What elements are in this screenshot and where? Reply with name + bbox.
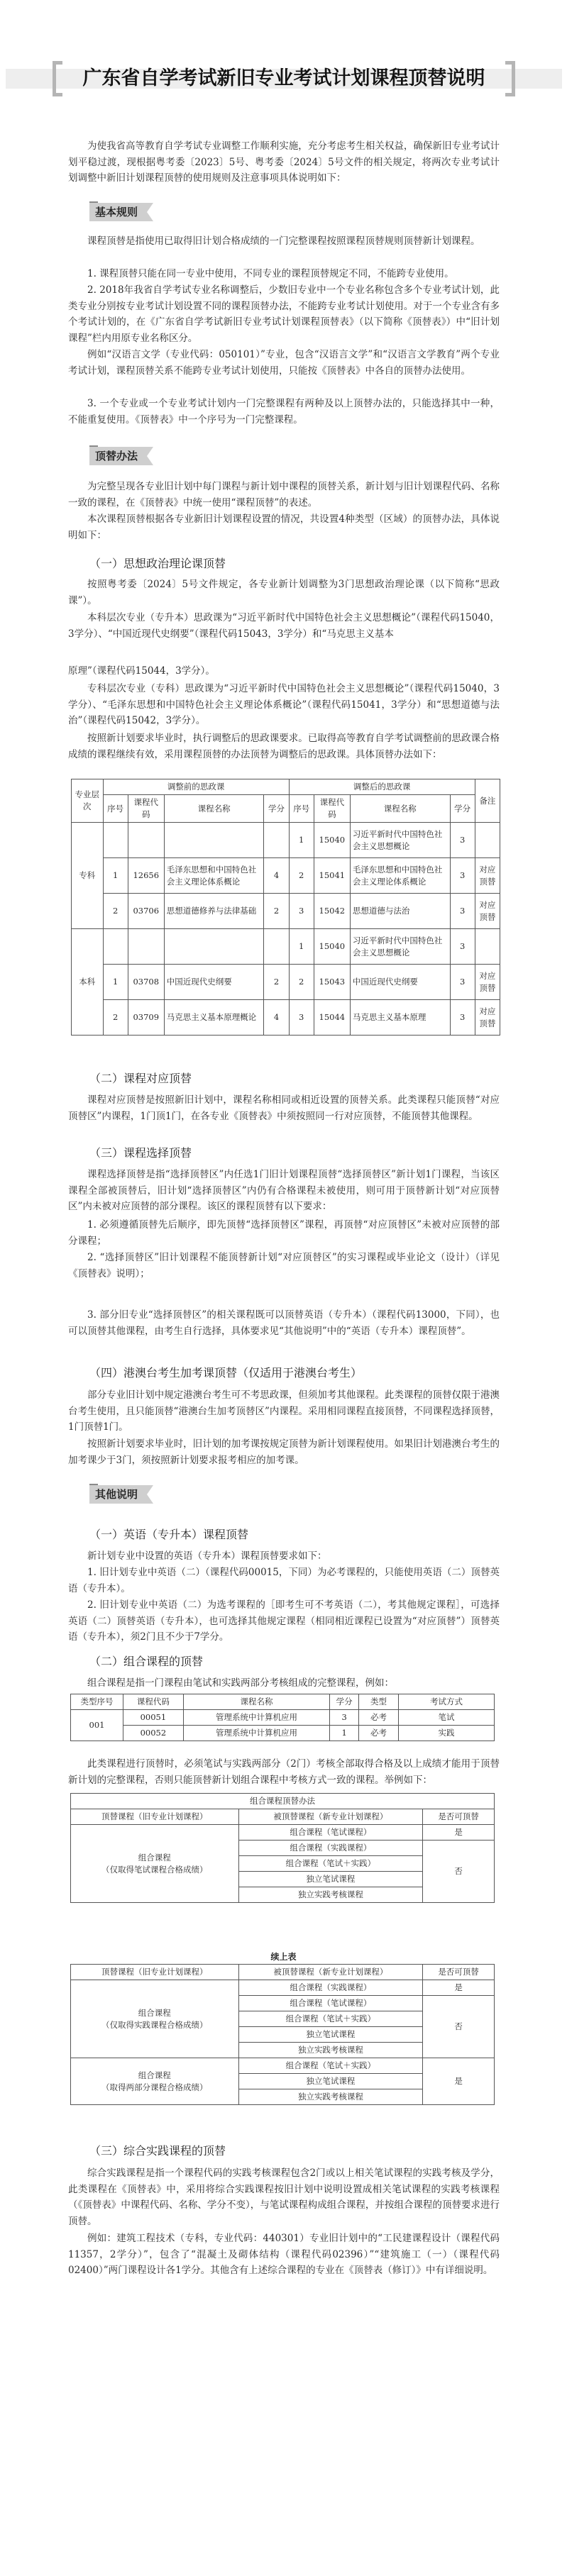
old-course-label: 组合课程 [73,2007,236,2019]
cell [264,823,289,858]
cell: 独立笔试课程 [238,1872,423,1887]
paragraph: 3. 部分旧专业“选择顶替区”的相关课程既可以顶替英语（专升本）（课程代码130… [68,1307,500,1339]
paragraph: 1. 旧计划专业中英语（二）（课程代码00015，下同）为必考课程的，只能使用英… [68,1565,500,1597]
no-cell: 否 [423,1841,495,1903]
header-cell: 是否可顶替 [423,1965,495,1980]
cell: 3 [450,858,475,894]
cell: 必考 [358,1726,398,1741]
old-course-condition: （取得两部分课程合格成绩） [73,2082,236,2094]
cell: 1 [103,965,128,1000]
cell: 2 [103,1000,128,1036]
cell: 001 [71,1710,123,1741]
cell: 毛泽东思想和中国特色社会主义理论体系概论 [350,858,450,894]
header-cell: 类型 [358,1694,398,1710]
old-course-cell: 组合课程 （取得两部分课程合格成绩） [71,2058,239,2105]
header-code: 课程代码 [128,795,164,823]
title-banner: 广东省自学考试新旧专业考试计划课程顶替说明 [53,61,515,96]
paragraph: 此类课程进行顶替时，必须笔试与实践两部分（2门）考核全部取得合格及以上成绩才能用… [68,1756,500,1788]
header-cell: 学分 [330,1694,359,1710]
cell: 必考 [358,1710,398,1726]
cell: 独立笔试课程 [238,2027,423,2043]
combined-course-example-table: 类型序号 课程代码 课程名称 学分 类型 考试方式 001 00051 管理系统… [70,1694,495,1741]
combined-course-method-table: 组合课程顶替办法 顶替课程（旧专业计划课程） 被顶替课程（新专业计划课程） 是否… [70,1793,495,1903]
cell: 15040 [314,823,350,858]
paragraph: 按照粤考委〔2024〕5号文件规定，各专业新计划调整为3门思想政治理论课（以下简… [68,577,500,609]
cell: 4 [264,1000,289,1036]
paragraph: 3. 一个专业或一个专业考试计划内一门完整课程有两种及以上顶替办法的，只能选择其… [68,396,500,428]
old-course-condition: （仅取得实践课程合格成绩） [73,2019,236,2031]
yes-cell: 是 [423,1825,495,1841]
paragraph: 按照新计划要求毕业时，旧计划的加考课按规定顶替为新计划课程使用。如果旧计划港澳台… [68,1436,500,1468]
cell [103,929,128,965]
table-row: 001 00051 管理系统中计算机应用 3 必考 笔试 [71,1710,495,1726]
paragraph: 1. 必须遵循顶替先后顺序，即先顶替“选择顶替区”课程，再顶替“对应顶替区”未被… [68,1217,500,1249]
paragraph: 原理”（课程代码15044，3学分）。 [68,663,500,679]
cell: 习近平新时代中国特色社会主义思想概论 [350,929,450,965]
cell: 实践 [399,1726,495,1741]
table-row: 1 03708 中国近现代史纲要 2 2 15043 中国近现代史纲要 3 对应… [72,965,500,1000]
cell: 3 [450,823,475,858]
ideology-course-table: 专业层次 调整前的思政课 调整后的思政课 备注 序号 课程代码 课程名称 学分 … [71,779,500,1036]
header-cell: 考试方式 [399,1694,495,1710]
table-row: 组合课程 （取得两部分课程合格成绩） 组合课程（笔试＋实践） 是 [71,2058,495,2074]
cell: 中国近现代史纲要 [350,965,450,1000]
cell: 2 [103,894,128,929]
old-course-label: 组合课程 [73,2070,236,2082]
old-course-condition: （仅取得笔试课程合格成绩） [73,1864,236,1876]
cell: 15044 [314,1000,350,1036]
cell [128,929,164,965]
no-cell: 否 [423,1996,495,2058]
table-header-row: 顶替课程（旧专业计划课程） 被顶替课程（新专业计划课程） 是否可顶替 [71,1809,495,1825]
cell: 3 [450,929,475,965]
cell: 毛泽东思想和中国特色社会主义理论体系概论 [164,858,264,894]
cell: 15041 [314,858,350,894]
cell: 管理系统中计算机应用 [183,1710,330,1726]
subsection-heading: （一）思想政治理论课顶替 [89,555,226,571]
table-header-row: 顶替课程（旧专业计划课程） 被顶替课程（新专业计划课程） 是否可顶替 [71,1965,495,1980]
subsection-heading: （三）综合实践课程的顶替 [89,2142,226,2158]
cell: 2 [289,858,314,894]
level-cell: 专科 [72,823,104,929]
cell [128,823,164,858]
header-note: 备注 [475,779,500,823]
subsection-heading: （四）港澳台考生加考课顶替（仅适用于港澳台考生） [89,1364,362,1380]
header-cell: 类型序号 [71,1694,123,1710]
old-course-label: 组合课程 [73,1852,236,1864]
section-heading: 顶替办法 [89,447,153,465]
paragraph: 例如：建筑工程技术（专科，专业代码：440301）专业旧计划中的“工民建课程设计… [68,2231,500,2279]
cell: 笔试 [399,1710,495,1726]
cell [264,929,289,965]
left-bracket-icon [53,61,62,96]
paragraph: 按照新计划要求毕业时，执行调整后的思政课要求。已取得高等教育自学考试调整前的思政… [68,731,500,762]
header-credit: 学分 [264,795,289,823]
continued-caption: 续上表 [0,1950,567,1962]
cell: 15040 [314,929,350,965]
table-row: 组合课程 （仅取得实践课程合格成绩） 组合课程（实践课程） 是 [71,1980,495,1996]
cell: 3 [289,894,314,929]
note-cell [475,823,500,858]
cell: 3 [330,1710,359,1726]
cell: 12656 [128,858,164,894]
paragraph: 新计划专业中设置的英语（专升本）课程顶替要求如下： [68,1548,500,1565]
level-cell: 本科 [72,929,104,1036]
header-seq: 序号 [289,795,314,823]
cell: 马克思主义基本原理概论 [164,1000,264,1036]
subsection-heading: （三）课程选择顶替 [89,1144,192,1160]
cell [164,823,264,858]
paragraph: 2. 旧计划专业中英语（二）为选考课程的［即考生可不考英语（二），考其他规定课程… [68,1597,500,1645]
header-cell: 顶替课程（旧专业计划课程） [71,1809,239,1825]
old-course-cell: 组合课程 （仅取得实践课程合格成绩） [71,1980,239,2058]
cell: 3 [450,965,475,1000]
cell: 15043 [314,965,350,1000]
cell: 组合课程（笔试＋实践） [238,2058,423,2074]
paragraph: 1. 课程顶替只能在同一专业中使用，不同专业的课程顶替规定不同，不能跨专业使用。 [68,266,500,282]
header-before: 调整前的思政课 [103,779,289,795]
cell: 思想道德与法治 [350,894,450,929]
cell: 组合课程（笔试课程） [238,1825,423,1841]
table-row: 本科 1 15040 习近平新时代中国特色社会主义思想概论 3 [72,929,500,965]
cell: 15042 [314,894,350,929]
header-credit: 学分 [450,795,475,823]
note-cell [475,929,500,965]
header-after: 调整后的思政课 [289,779,475,795]
cell: 组合课程（笔试课程） [238,1996,423,2011]
paragraph: 本科层次专业（专升本）思政课为“习近平新时代中国特色社会主义思想概论”（课程代码… [68,610,500,642]
cell: 03708 [128,965,164,1000]
cell: 4 [264,858,289,894]
table-row: 2 03709 马克思主义基本原理概论 4 3 15044 马克思主义基本原理 … [72,1000,500,1036]
paragraph: 课程顶替是指使用已取得旧计划合格成绩的一门完整课程按照课程顶替规则顶替新计划课程… [68,233,500,250]
paragraph: 为完整呈现各专业旧计划中每门课程与新计划中课程的顶替关系，新计划与旧计划课程代码… [68,479,500,511]
cell: 管理系统中计算机应用 [183,1726,330,1741]
paragraph: 本次课程顶替根据各专业新旧计划课程设置的情况，共设置4种类型（区域）的顶替办法，… [68,511,500,543]
cell: 00052 [123,1726,184,1741]
paragraph: 综合实践课程是指一个课程代码的实践考核课程包含2门或以上相关笔试课程的实践考核及… [68,2165,500,2229]
paragraph: 组合课程是指一门课程由笔试和实践两部分考核组成的完整课程，例如： [68,1675,500,1692]
cell: 组合课程（实践课程） [238,1841,423,1856]
paragraph: 2. “选择顶替区”旧计划课程不能顶替新计划“对应顶替区”的实习课程或毕业论文（… [68,1250,500,1282]
table-row: 2 03706 思想道德修养与法律基础 2 3 15042 思想道德与法治 3 … [72,894,500,929]
paragraph: 例如“汉语言文学（专业代码：050101）”专业，包含“汉语言文学”和“汉语言文… [68,347,500,379]
paragraph: 2. 2018年我省自学考试专业名称调整后，少数旧专业中一个专业名称包含多个专业… [68,282,500,346]
paragraph: 课程选择顶替是指“选择顶替区”内任选1门旧计划课程顶替“选择顶替区”新计划1门课… [68,1167,500,1215]
table-header-row: 类型序号 课程代码 课程名称 学分 类型 考试方式 [71,1694,495,1710]
cell: 03709 [128,1000,164,1036]
cell: 独立实践考核课程 [238,2089,423,2105]
header-cell: 被顶替课程（新专业计划课程） [238,1809,423,1825]
header-cell: 顶替课程（旧专业计划课程） [71,1965,239,1980]
combined-course-continued-table: 顶替课程（旧专业计划课程） 被顶替课程（新专业计划课程） 是否可顶替 组合课程 … [70,1964,495,2105]
intro-paragraph: 为使我省高等教育自学考试专业调整工作顺利实施，充分考虑考生相关权益，确保新旧专业… [68,138,500,187]
table-row: 00052 管理系统中计算机应用 1 必考 实践 [71,1726,495,1741]
header-seq: 序号 [103,795,128,823]
cell: 00051 [123,1710,184,1726]
paragraph: 专科层次专业（专科）思政课为“习近平新时代中国特色社会主义思想概论”（课程代码1… [68,681,500,729]
cell: 2 [264,965,289,1000]
table-row: 专科 1 15040 习近平新时代中国特色社会主义思想概论 3 [72,823,500,858]
cell: 3 [450,894,475,929]
cell: 独立笔试课程 [238,2074,423,2089]
header-name: 课程名称 [350,795,450,823]
note-cell: 对应顶替 [475,858,500,894]
cell: 组合课程（实践课程） [238,1980,423,1996]
header-cell: 被顶替课程（新专业计划课程） [238,1965,423,1980]
table-title-row: 组合课程顶替办法 [71,1794,495,1809]
subsection-heading: （二）组合课程的顶替 [89,1653,203,1669]
table-title: 组合课程顶替办法 [71,1794,495,1809]
section-heading: 其他说明 [89,1485,153,1504]
header-cell: 课程代码 [123,1694,184,1710]
table-header-row: 专业层次 调整前的思政课 调整后的思政课 备注 [72,779,500,795]
subsection-heading: （二）课程对应顶替 [89,1070,192,1086]
cell: 1 [103,858,128,894]
table-header-row: 序号 课程代码 课程名称 学分 序号 课程代码 课程名称 学分 [72,795,500,823]
table-row: 组合课程 （仅取得笔试课程合格成绩） 组合课程（笔试课程） 是 [71,1825,495,1841]
cell [164,929,264,965]
cell: 3 [289,1000,314,1036]
cell: 组合课程（笔试＋实践） [238,2011,423,2027]
yes-cell: 是 [423,1980,495,1996]
header-level: 专业层次 [72,779,104,823]
cell: 1 [289,823,314,858]
note-cell: 对应顶替 [475,965,500,1000]
cell: 中国近现代史纲要 [164,965,264,1000]
paragraph: 课程对应顶替是按照新旧计划中，课程名称相同或相近设置的顶替关系。此类课程只能顶替… [68,1092,500,1124]
section-heading: 基本规则 [89,203,153,221]
note-cell: 对应顶替 [475,1000,500,1036]
header-name: 课程名称 [164,795,264,823]
header-cell: 是否可顶替 [423,1809,495,1825]
header-cell: 课程名称 [183,1694,330,1710]
cell: 习近平新时代中国特色社会主义思想概论 [350,823,450,858]
note-cell: 对应顶替 [475,894,500,929]
cell: 组合课程（笔试＋实践） [238,1856,423,1872]
header-code: 课程代码 [314,795,350,823]
cell: 马克思主义基本原理 [350,1000,450,1036]
cell: 独立实践考核课程 [238,1887,423,1903]
cell: 03706 [128,894,164,929]
yes-cell: 是 [423,2058,495,2105]
cell: 独立实践考核课程 [238,2043,423,2058]
cell: 3 [450,1000,475,1036]
cell: 2 [289,965,314,1000]
old-course-cell: 组合课程 （仅取得笔试课程合格成绩） [71,1825,239,1903]
page-title: 广东省自学考试新旧专业考试计划课程顶替说明 [65,64,502,94]
right-bracket-icon [505,61,515,96]
cell: 1 [289,929,314,965]
subsection-heading: （一）英语（专升本）课程顶替 [89,1526,248,1542]
table-row: 1 12656 毛泽东思想和中国特色社会主义理论体系概论 4 2 15041 毛… [72,858,500,894]
cell: 1 [330,1726,359,1741]
cell: 2 [264,894,289,929]
cell [103,823,128,858]
cell: 思想道德修养与法律基础 [164,894,264,929]
paragraph: 部分专业旧计划中规定港澳台考生可不考思政课，但须加考其他课程。此类课程的顶替仅限… [68,1387,500,1436]
